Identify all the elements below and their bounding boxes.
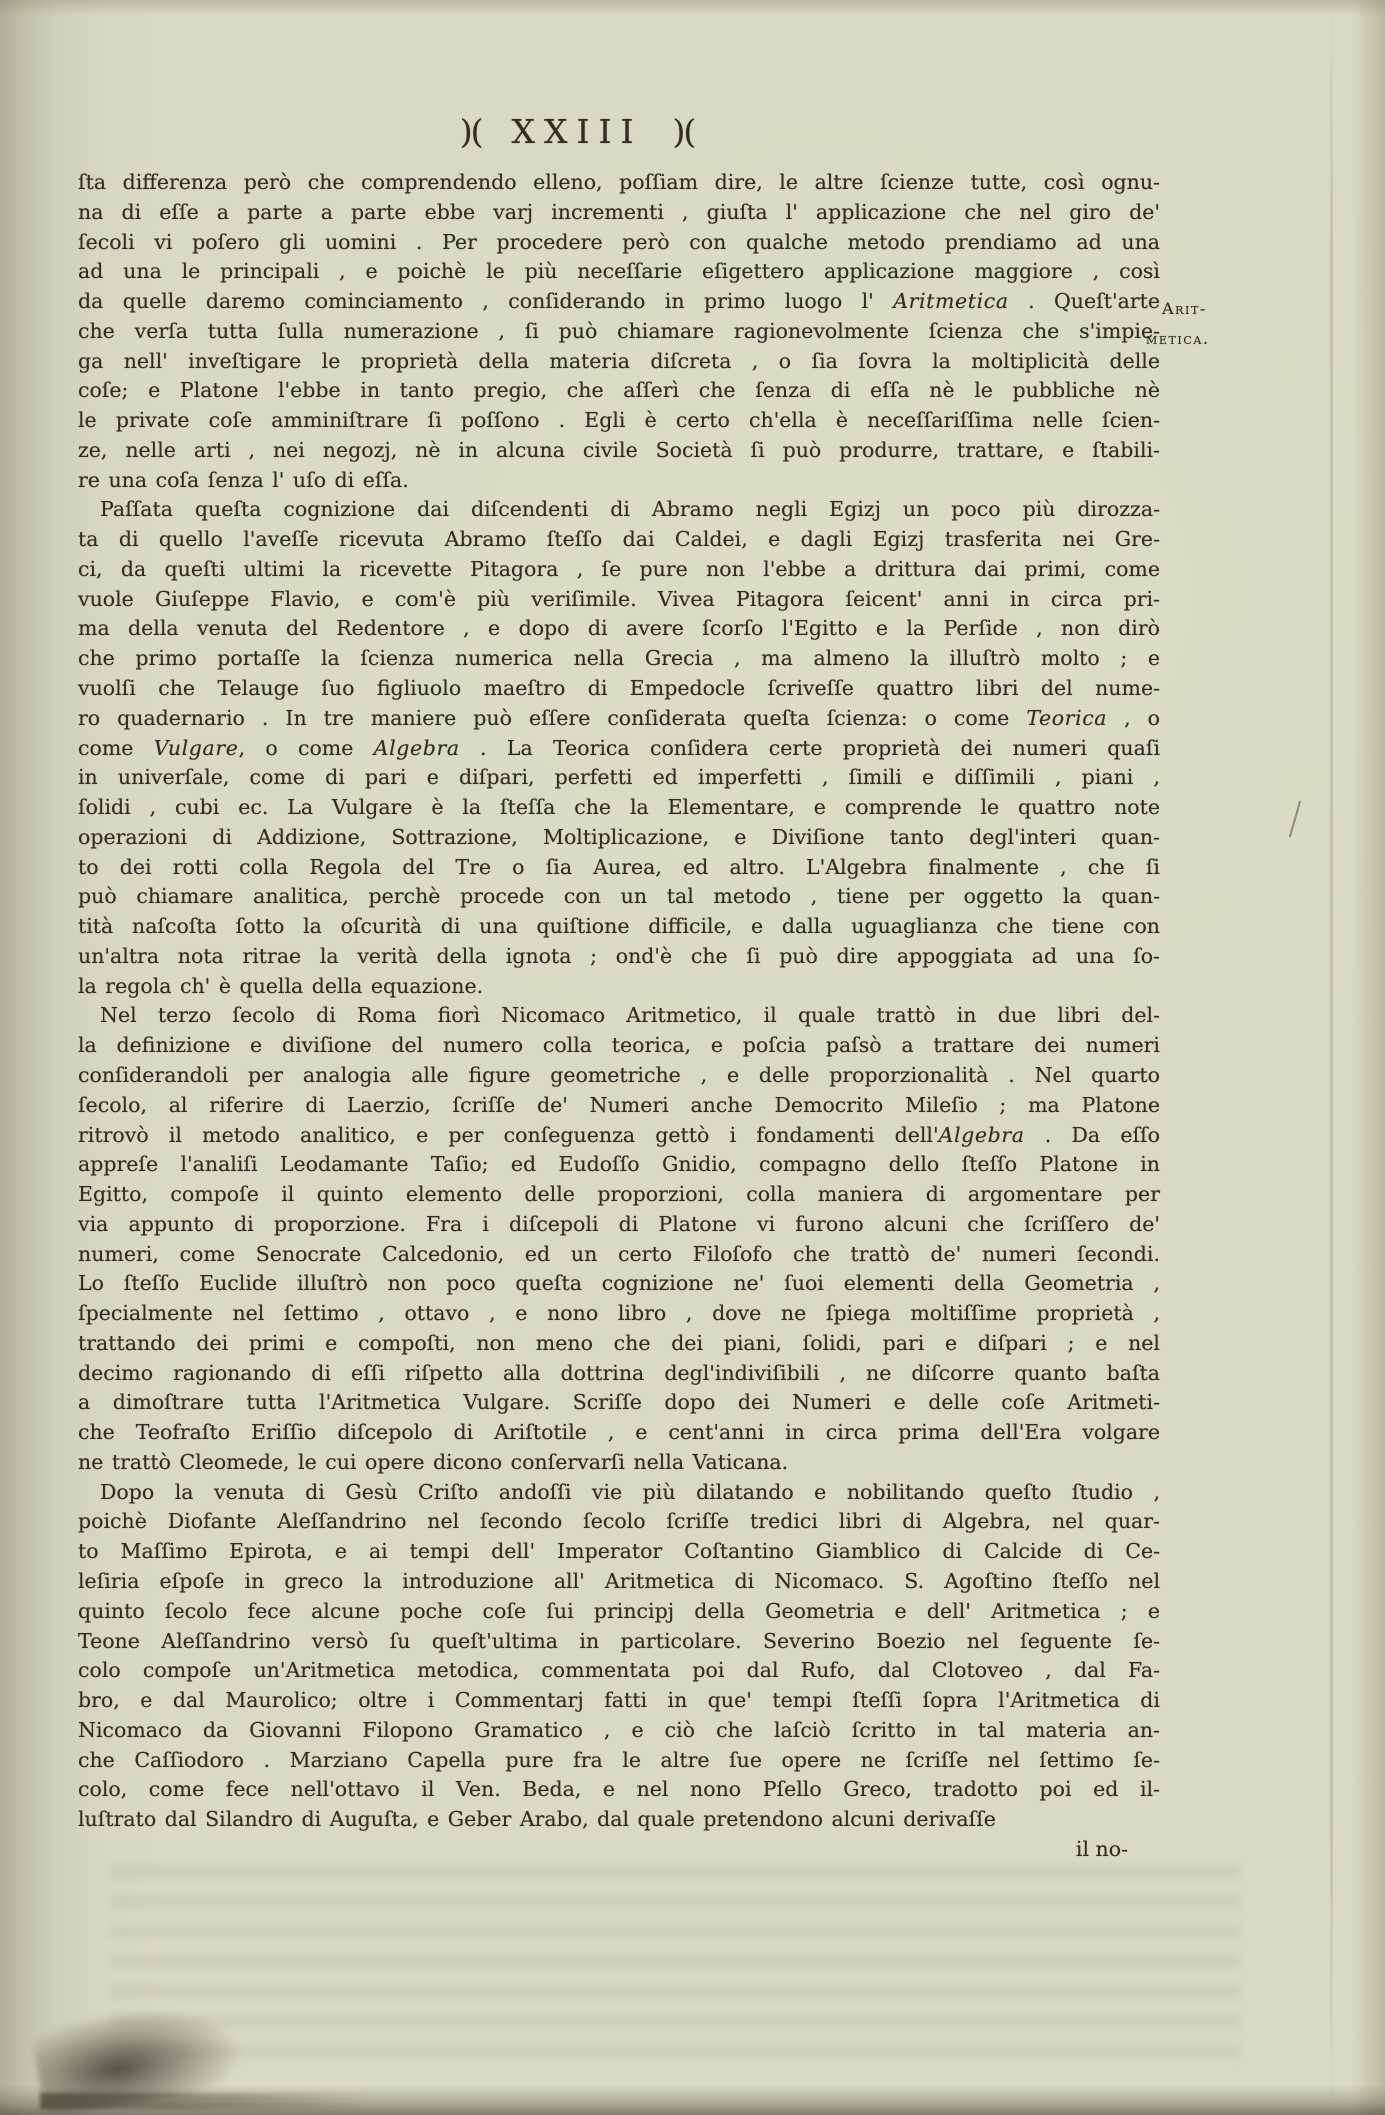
text-line: Dopo la venuta di Gesù Criſto andoſſi vi… xyxy=(78,1478,1160,1508)
text-line: ſolidi , cubi ec. La Vulgare è la ſteſſa… xyxy=(78,793,1160,823)
text-line: luſtrato dal Silandro di Auguſta, e Gebe… xyxy=(78,1805,1160,1835)
page-fold-line xyxy=(1330,0,1333,2115)
text-line: Nicomaco da Giovanni Filopono Gramatico … xyxy=(78,1716,1160,1746)
text-line: quinto ſecolo fece alcune poche coſe ſui… xyxy=(78,1597,1160,1627)
margin-note-line: Arit- xyxy=(1146,294,1276,324)
text-line: ci, da queſti ultimi la ricevette Pitago… xyxy=(78,555,1160,585)
page-bottom-edge-shadow xyxy=(0,2085,1385,2115)
text-line: poichè Diofante Aleſſandrino nel ſecondo… xyxy=(78,1507,1160,1537)
book-page: )(XXIII)( ſta differenza però che compre… xyxy=(0,0,1385,2115)
text-line: che verſa tutta ſulla numerazione , ſi p… xyxy=(78,317,1160,347)
text-line: na di eſſe a parte a parte ebbe varj inc… xyxy=(78,198,1160,228)
text-line: leſiria eſpoſe in greco la introduzione … xyxy=(78,1567,1160,1597)
text-line: trattando dei primi e compoſti, non meno… xyxy=(78,1329,1160,1359)
text-line: appreſe l'analiſi Leodamante Taſio; ed E… xyxy=(78,1150,1160,1180)
text-line: ad una le principali , e poichè le più n… xyxy=(78,257,1160,287)
text-line: a dimoſtrare tutta l'Aritmetica Vulgare.… xyxy=(78,1388,1160,1418)
text-line: la regola ch' è quella della equazione. xyxy=(78,972,1160,1002)
text-line: bro, e dal Maurolico; oltre i Commentarj… xyxy=(78,1686,1160,1716)
text-line: to dei rotti colla Regola del Tre o ſia … xyxy=(78,853,1160,883)
italic-term: Algebra xyxy=(939,1123,1025,1147)
page-right-edge-shadow xyxy=(1351,0,1385,2115)
page-number: XXIII xyxy=(511,112,642,151)
text-line: colo, come fece nell'ottavo il Ven. Beda… xyxy=(78,1775,1160,1805)
text-line: Nel terzo ſecolo di Roma fiorì Nicomaco … xyxy=(78,1001,1160,1031)
page-text-block: ſta differenza però che comprendendo ell… xyxy=(78,168,1160,1835)
text-line: via appunto di proporzione. Fra i diſcep… xyxy=(78,1210,1160,1240)
text-line: un'altra nota ritrae la verità della ign… xyxy=(78,942,1160,972)
text-line: conſiderandoli per analogia alle figure … xyxy=(78,1061,1160,1091)
text-line: ſta differenza però che comprendendo ell… xyxy=(78,168,1160,198)
text-line: ſpecialmente nel ſettimo , ottavo , e no… xyxy=(78,1299,1160,1329)
text-line: la definizione e diviſione del numero co… xyxy=(78,1031,1160,1061)
italic-term: Aritmetica xyxy=(893,289,1008,313)
verso-bleed-through xyxy=(110,1865,1240,2060)
page-header: )(XXIII)( xyxy=(36,112,1118,151)
text-line: Lo ſteſſo Euclide illuſtrò non poco queſ… xyxy=(78,1269,1160,1299)
text-line: decimo ragionando di eſſi riſpetto alla … xyxy=(78,1359,1160,1389)
page-top-edge-shadow xyxy=(0,0,1385,16)
text-line: vuolſi che Telauge ſuo figliuolo maeſtro… xyxy=(78,674,1160,704)
italic-term: Vulgare xyxy=(154,736,239,760)
text-line: Teone Aleſſandrino versò ſu queſt'ultima… xyxy=(78,1627,1160,1657)
margin-note-aritmetica: Arit- metica. xyxy=(1146,294,1276,354)
text-line: re una coſa ſenza l' uſo di eſſa. xyxy=(78,466,1160,496)
italic-term: Algebra xyxy=(374,736,460,760)
text-line: coſe; e Platone l'ebbe in tanto pregio, … xyxy=(78,376,1160,406)
text-line: ga nell' inveſtigare le proprietà della … xyxy=(78,347,1160,377)
text-line: ſecolo, al riferire di Laerzio, ſcriſſe … xyxy=(78,1091,1160,1121)
text-line: che Caſſiodoro . Marziano Capella pure f… xyxy=(78,1746,1160,1776)
italic-term: Teorica xyxy=(1026,706,1107,730)
text-line: ro quadernario . In tre maniere può eſſe… xyxy=(78,704,1160,734)
catchword: il no- xyxy=(78,1837,1128,1861)
text-line: to Maſſimo Epirota, e ai tempi dell' Imp… xyxy=(78,1537,1160,1567)
header-left-mark: )( xyxy=(460,112,482,151)
text-line: numeri, come Senocrate Calcedonio, ed un… xyxy=(78,1240,1160,1270)
text-line: ritrovò il metodo analitico, e per conſe… xyxy=(78,1121,1160,1151)
text-line: da quelle daremo cominciamento , conſide… xyxy=(78,287,1160,317)
text-line: Egitto, compoſe il quinto elemento delle… xyxy=(78,1180,1160,1210)
text-line: ta di quello l'aveſſe ricevuta Abramo ſt… xyxy=(78,525,1160,555)
text-line: operazioni di Addizione, Sottrazione, Mo… xyxy=(78,823,1160,853)
text-line: Paſſata queſta cognizione dai diſcendent… xyxy=(78,495,1160,525)
text-line: in univerſale, come di pari e diſpari, p… xyxy=(78,763,1160,793)
text-line: che primo portaſſe la ſcienza numerica n… xyxy=(78,644,1160,674)
text-line: vuole Giuſeppe Flavio, e com'è più veriſ… xyxy=(78,585,1160,615)
text-line: colo compoſe un'Aritmetica metodica, com… xyxy=(78,1656,1160,1686)
text-line: ne trattò Cleomede, le cui opere dicono … xyxy=(78,1448,1160,1478)
text-line: tità naſcoſta ſotto la oſcurità di una q… xyxy=(78,912,1160,942)
text-line: che Teofraſto Eriſſio diſcepolo di Ariſt… xyxy=(78,1418,1160,1448)
text-line: ze, nelle arti , nei negozj, nè in alcun… xyxy=(78,436,1160,466)
text-line: come Vulgare, o come Algebra . La Teoric… xyxy=(78,734,1160,764)
header-right-mark: )( xyxy=(673,112,695,151)
text-line: ma della venuta del Redentore , e dopo d… xyxy=(78,614,1160,644)
text-line: ſecoli vi poſero gli uomini . Per proced… xyxy=(78,228,1160,258)
text-line: le private coſe amminiſtrare ſi poſſono … xyxy=(78,406,1160,436)
margin-note-line: metica. xyxy=(1146,324,1276,354)
paper-fiber-mark xyxy=(1289,800,1301,837)
text-line: può chiamare analitica, perchè procede c… xyxy=(78,882,1160,912)
